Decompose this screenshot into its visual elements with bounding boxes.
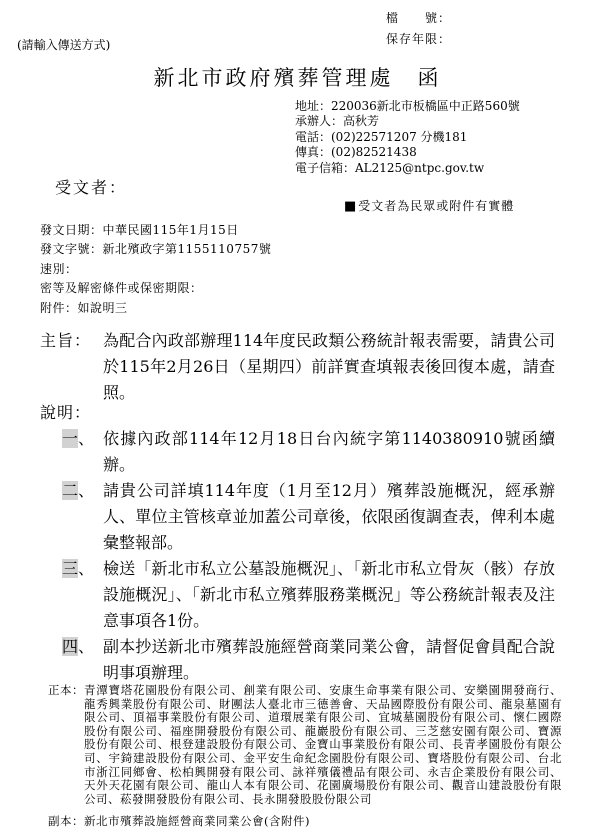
- speed-line: 速別：: [40, 260, 271, 279]
- file-number-label: 檔 號：: [386, 8, 451, 29]
- meta-block: 發文日期：中華民國115年1月15日 發文字號：新北殯政字第1155110757…: [40, 221, 271, 318]
- document-title: 新北市政府殯葬管理處 函: [0, 62, 595, 92]
- security-line: 密等及解密條件或保密期限：: [40, 279, 271, 298]
- retention-period-label: 保存年限：: [386, 29, 451, 50]
- filled-square-icon: ■: [344, 199, 357, 214]
- subject-label: 主旨：: [40, 328, 103, 406]
- copy-label: 副本：: [48, 815, 84, 829]
- item-text: 依據內政部114年12月18日台內統字第1140380910號函續辦。: [103, 426, 555, 478]
- copy-recipients-block: 副本： 新北市殯葬設施經營商業同業公會(含附件): [48, 815, 310, 829]
- contact-person: 承辦人：高秋芳: [295, 114, 520, 129]
- original-recipients-block: 正本： 青潭寶塔花園股份有限公司、創業有限公司、安康生命事業有限公司、安樂園開發…: [48, 684, 562, 806]
- issue-date-line: 發文日期：中華民國115年1月15日: [40, 221, 271, 240]
- item-number: 一、: [40, 426, 103, 478]
- contact-email: 電子信箱：AL2125@ntpc.gov.tw: [295, 161, 520, 176]
- explanation-label: 說明：: [40, 400, 555, 426]
- contact-block: 地址：220036新北市板橋區中正路560號 承辦人：高秋芳 電話：(02)22…: [295, 99, 520, 176]
- original-label: 正本：: [48, 684, 84, 806]
- recipient-note-text: 受文者為民眾或附件有實體: [358, 199, 514, 213]
- subject-text: 為配合內政部辦理114年度民政類公務統計報表需要，請貴公司於115年2月26日（…: [103, 328, 555, 406]
- item-text: 檢送「新北市私立公墓設施概況」、「新北市私立骨灰（骸）存放設施概況」、「新北市私…: [103, 556, 555, 634]
- subject-block: 主旨： 為配合內政部辦理114年度民政類公務統計報表需要，請貴公司於115年2月…: [40, 328, 555, 406]
- transmission-note: (請輸入傳送方式): [17, 36, 110, 53]
- explanation-block: 說明： 一、 依據內政部114年12月18日台內統字第1140380910號函續…: [40, 400, 555, 686]
- item-text: 請貴公司詳填114年度（1月至12月）殯葬設施概況，經承辦人、單位主管核章並加蓋…: [103, 478, 555, 556]
- document-page: (請輸入傳送方式) 檔 號： 保存年限： 新北市政府殯葬管理處 函 地址：220…: [0, 0, 595, 833]
- doc-number-line: 發文字號：新北殯政字第1155110757號: [40, 240, 271, 259]
- contact-phone: 電話：(02)22571207 分機181: [295, 130, 520, 145]
- item-number: 四、: [40, 634, 103, 686]
- recipient-label: 受文者：: [55, 175, 127, 198]
- copy-recipients-text: 新北市殯葬設施經營商業同業公會(含附件): [84, 815, 310, 829]
- explanation-item-1: 一、 依據內政部114年12月18日台內統字第1140380910號函續辦。: [40, 426, 555, 478]
- contact-fax: 傳真：(02)82521438: [295, 145, 520, 160]
- original-recipients-text: 青潭寶塔花園股份有限公司、創業有限公司、安康生命事業有限公司、安樂園開發商行、龍…: [84, 684, 562, 806]
- contact-address: 地址：220036新北市板橋區中正路560號: [295, 99, 520, 114]
- explanation-item-4: 四、 副本抄送新北市殯葬設施經營商業同業公會，請督促會員配合說明事項辦理。: [40, 634, 555, 686]
- explanation-item-2: 二、 請貴公司詳填114年度（1月至12月）殯葬設施概況，經承辦人、單位主管核章…: [40, 478, 555, 556]
- file-info-block: 檔 號： 保存年限：: [386, 8, 451, 50]
- item-number: 三、: [40, 556, 103, 634]
- item-text: 副本抄送新北市殯葬設施經營商業同業公會，請督促會員配合說明事項辦理。: [103, 634, 555, 686]
- item-number: 二、: [40, 478, 103, 556]
- attachment-line: 附件：如說明三: [40, 299, 271, 318]
- recipient-note: ■受文者為民眾或附件有實體: [344, 197, 514, 214]
- explanation-item-3: 三、 檢送「新北市私立公墓設施概況」、「新北市私立骨灰（骸）存放設施概況」、「新…: [40, 556, 555, 634]
